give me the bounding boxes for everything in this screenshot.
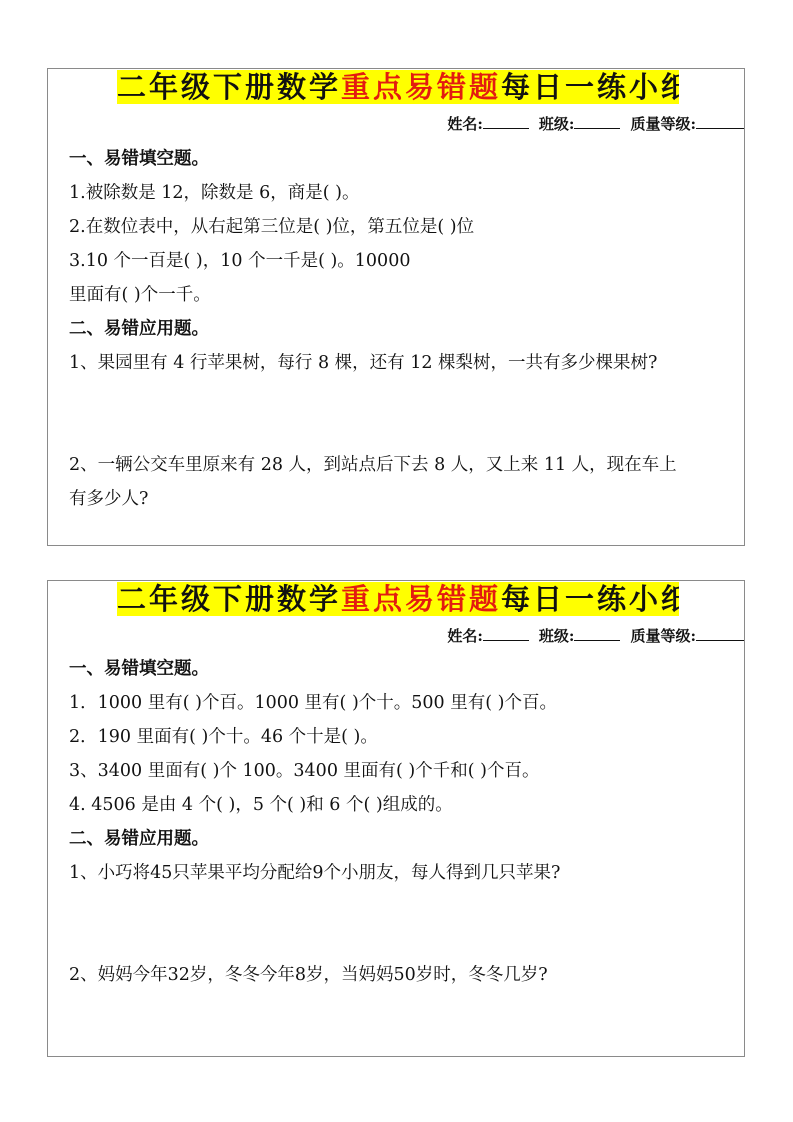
worksheet-title: 二年级下册数学重点易错题每日一练小纸条 bbox=[117, 70, 679, 104]
fill-question-2: 2.在数位表中，从右起第三位是( )位，第五位是( )位 bbox=[69, 213, 734, 241]
fill-question-1: 1.被除数是 12，除数是 6，商是( )。 bbox=[69, 179, 734, 207]
section-heading-word-problems: 二、易错应用题。 bbox=[69, 825, 734, 853]
student-info-line: 姓名:班级:质量等级: bbox=[447, 625, 744, 647]
word-problem-2-cont: 有多少人? bbox=[69, 485, 734, 513]
title-highlight: 二年级下册数学重点易错题每日一练小纸条 bbox=[117, 70, 679, 104]
name-blank[interactable] bbox=[483, 626, 529, 641]
title-part-key-errors: 重点易错题 bbox=[341, 582, 501, 616]
fill-question-3: 3、3400 里面有( )个 100。3400 里面有( )个千和( )个百。 bbox=[69, 757, 734, 785]
class-blank[interactable] bbox=[574, 114, 620, 129]
section-heading-fill-in: 一、易错填空题。 bbox=[69, 145, 734, 173]
student-info-line: 姓名:班级:质量等级: bbox=[447, 113, 744, 135]
section-heading-fill-in: 一、易错填空题。 bbox=[69, 655, 734, 683]
fill-question-4: 4. 4506 是由 4 个( )，5 个( )和 6 个( )组成的。 bbox=[69, 791, 734, 819]
word-problem-1: 1、小巧将45只苹果平均分配给9个小朋友，每人得到几只苹果? bbox=[69, 859, 734, 887]
grade-label: 质量等级: bbox=[630, 115, 696, 133]
worksheet-card-1: 二年级下册数学重点易错题每日一练小纸条 姓名:班级:质量等级: 一、易错填空题。… bbox=[47, 68, 745, 546]
class-label: 班级: bbox=[539, 627, 575, 645]
title-part-grade: 二年级下册数学 bbox=[117, 582, 341, 616]
section-heading-word-problems: 二、易错应用题。 bbox=[69, 315, 734, 343]
grade-blank[interactable] bbox=[696, 626, 744, 641]
worksheet-title: 二年级下册数学重点易错题每日一练小纸条 bbox=[117, 582, 679, 616]
word-problem-2: 2、妈妈今年32岁，冬冬今年8岁，当妈妈50岁时，冬冬几岁? bbox=[69, 961, 734, 989]
fill-question-2: 2．190 里面有( )个十。46 个十是( )。 bbox=[69, 723, 734, 751]
grade-label: 质量等级: bbox=[630, 627, 696, 645]
fill-question-3-cont: 里面有( )个一千。 bbox=[69, 281, 734, 309]
title-part-key-errors: 重点易错题 bbox=[341, 70, 501, 104]
class-blank[interactable] bbox=[574, 626, 620, 641]
worksheet-card-2: 二年级下册数学重点易错题每日一练小纸条 姓名:班级:质量等级: 一、易错填空题。… bbox=[47, 580, 745, 1057]
title-part-grade: 二年级下册数学 bbox=[117, 70, 341, 104]
title-highlight: 二年级下册数学重点易错题每日一练小纸条 bbox=[117, 582, 679, 616]
grade-blank[interactable] bbox=[696, 114, 744, 129]
name-label: 姓名: bbox=[447, 115, 483, 133]
fill-question-1: 1．1000 里有( )个百。1000 里有( )个十。500 里有( )个百。 bbox=[69, 689, 734, 717]
class-label: 班级: bbox=[539, 115, 575, 133]
name-label: 姓名: bbox=[447, 627, 483, 645]
word-problem-2: 2、一辆公交车里原来有 28 人，到站点后下去 8 人，又上来 11 人，现在车… bbox=[69, 451, 734, 479]
name-blank[interactable] bbox=[483, 114, 529, 129]
title-part-daily: 每日一练小纸条 bbox=[501, 582, 679, 616]
title-part-daily: 每日一练小纸条 bbox=[501, 70, 679, 104]
word-problem-1: 1、果园里有 4 行苹果树，每行 8 棵，还有 12 棵梨树，一共有多少棵果树? bbox=[69, 349, 734, 377]
fill-question-3: 3.10 个一百是( )，10 个一千是( )。10000 bbox=[69, 247, 734, 275]
